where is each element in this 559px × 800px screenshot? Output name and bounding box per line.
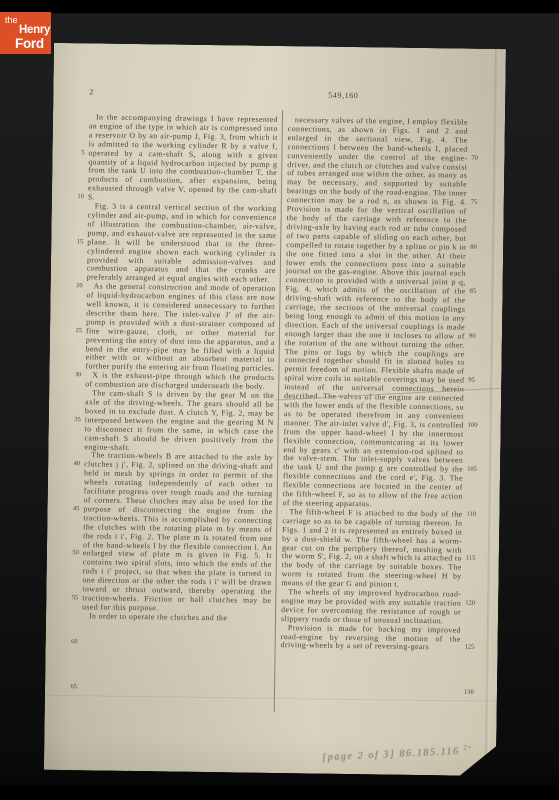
line-number: 10 [77,193,84,202]
annotation-text: [page 2 of 3] 86.185.116 [322,746,460,763]
line-number: 60 [71,638,78,647]
line-number: 50 [72,549,79,558]
logo-word-ford: Ford [15,37,51,51]
line-number: 95 [468,377,475,386]
right-column-text: necessary valves of the engine, I employ… [281,116,468,653]
photo-background: 2 549,160 In the accompanying drawings I… [0,0,559,800]
patent-paragraph: The traction-wheels B are attached to th… [82,452,273,615]
left-column-text: In the accompanying drawings I have repr… [82,113,278,623]
line-number: 130 [464,688,474,697]
line-number: 125 [465,644,475,653]
line-number: 100 [468,421,478,430]
logo-word-henry: Henry [19,25,51,37]
line-number: 115 [466,555,476,564]
top-letterbox-bar [0,0,559,13]
patent-number: 549,160 [291,90,395,100]
line-number: 5 [81,149,84,158]
bottom-letterbox-bar [0,786,559,800]
page-number: 2 [89,87,93,96]
patent-paragraph: The cam-shaft S is driven by the gear M … [84,389,274,454]
line-number: 110 [466,510,476,519]
patent-paragraph: In order to operate the clutches and the [82,612,271,624]
line-number: 55 [72,594,79,603]
patent-paragraph: necessary valves of the engine, I employ… [283,116,468,510]
patent-paragraph: In the accompanying drawings I have repr… [88,113,278,205]
annotation-superscript: 2+ [463,744,472,751]
line-number: 105 [467,466,477,475]
vertical-fold-line [485,49,499,776]
line-number: 40 [74,460,81,469]
line-number: 120 [465,599,475,608]
line-number: 45 [73,505,80,514]
patent-paragraph: Fig. 3 is a central vertical section of … [87,202,277,285]
line-number: 35 [74,416,81,425]
line-number: 15 [77,238,84,247]
patent-paragraph: As the general construction and mode of … [85,283,275,375]
patent-paragraph: The wheels of my improved hydrocarbon ro… [281,588,461,626]
line-number: 30 [75,371,82,380]
patent-page-scan: 2 549,160 In the accompanying drawings I… [44,43,506,776]
line-number: 25 [75,327,82,336]
line-number: 90 [469,332,476,341]
line-number: 65 [70,683,77,692]
line-number: 85 [470,288,477,297]
line-number: 70 [471,154,478,163]
pencil-catalog-annotation: [page 2 of 3] 86.185.1162+ [322,744,473,763]
line-number: 80 [470,243,477,252]
line-number: 20 [76,282,83,291]
line-number: 75 [471,199,478,208]
henry-ford-logo: the Henry Ford [0,12,51,54]
fold-crease-bottom [45,695,497,703]
patent-paragraph: The fifth-wheel F is attached to the bod… [281,508,462,591]
patent-paragraph: Provision is made for backing my improve… [281,624,461,653]
